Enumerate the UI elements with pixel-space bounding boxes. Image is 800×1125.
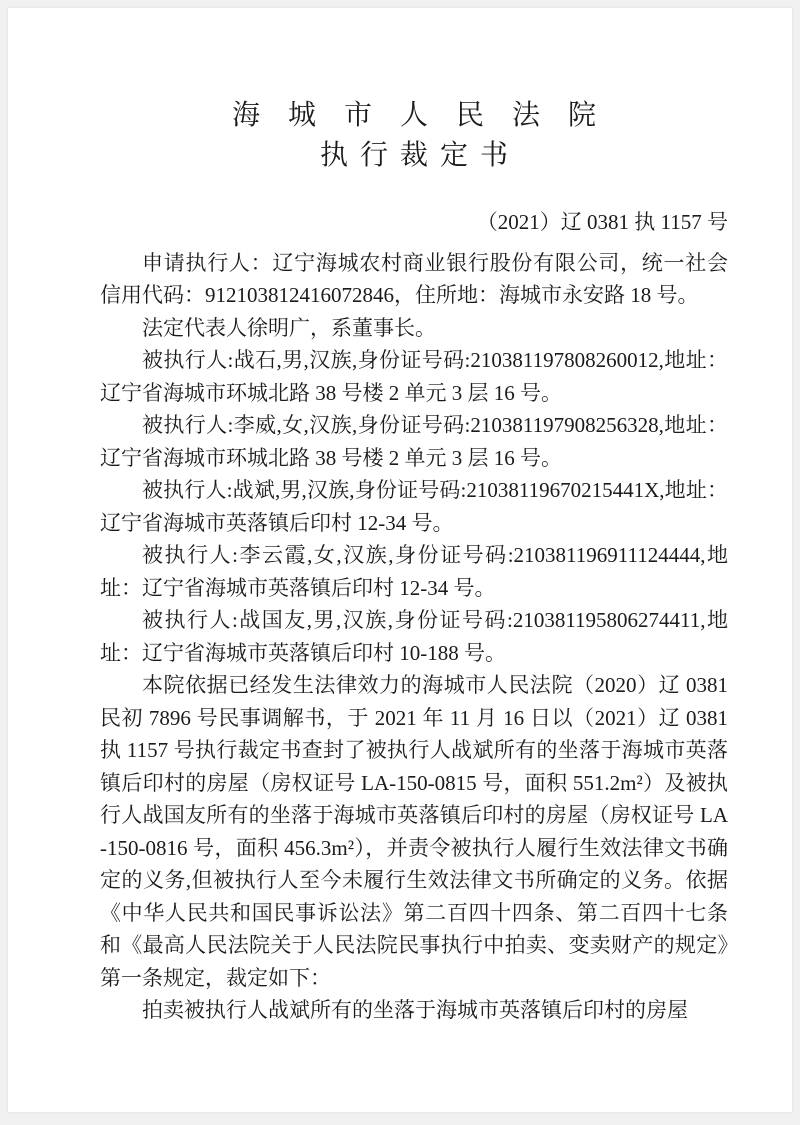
court-name-title: 海城市人民法院 xyxy=(100,96,728,136)
paragraph-respondent-2: 被执行人:李威,女,汉族,身份证号码:210381197908256328,地址… xyxy=(100,409,728,474)
paragraph-ruling-order: 拍卖被执行人战斌所有的坐落于海城市英落镇后印村的房屋 xyxy=(100,994,728,1027)
viewer-background: { "colors": { "canvas_bg": "#f0f0f0", "p… xyxy=(0,0,800,1125)
paragraph-applicant: 申请执行人：辽宁海城农村商业银行股份有限公司，统一社会信用代码：91210381… xyxy=(100,247,728,312)
paragraph-legal-representative: 法定代表人徐明广，系董事长。 xyxy=(100,312,728,345)
paragraph-ruling-basis: 本院依据已经发生法律效力的海城市人民法院（2020）辽 0381 民初 7896… xyxy=(100,669,728,994)
paragraph-respondent-4: 被执行人:李云霞,女,汉族,身份证号码:210381196911124444,地… xyxy=(100,539,728,604)
paragraph-respondent-1: 被执行人:战石,男,汉族,身份证号码:210381197808260012,地址… xyxy=(100,344,728,409)
paragraph-respondent-5: 被执行人:战国友,男,汉族,身份证号码:210381195806274411,地… xyxy=(100,604,728,669)
document-page: 海城市人民法院 执行裁定书 （2021）辽 0381 执 1157 号 申请执行… xyxy=(8,8,792,1112)
document-type-title: 执行裁定书 xyxy=(100,136,728,176)
document-content: 海城市人民法院 执行裁定书 （2021）辽 0381 执 1157 号 申请执行… xyxy=(8,8,792,1027)
paragraph-respondent-3: 被执行人:战斌,男,汉族,身份证号码:21038119670215441X,地址… xyxy=(100,474,728,539)
case-number: （2021）辽 0381 执 1157 号 xyxy=(100,206,728,239)
